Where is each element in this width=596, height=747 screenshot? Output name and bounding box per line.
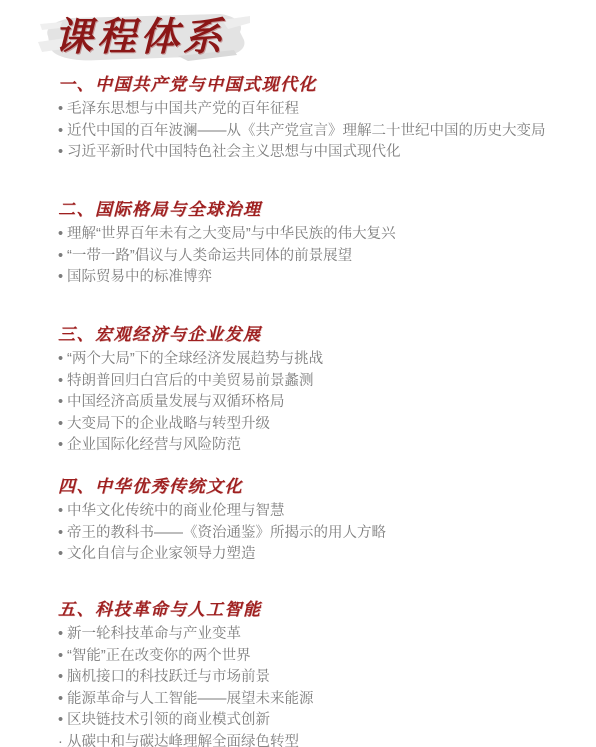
bullet-icon: •	[58, 349, 67, 371]
course-title-text: 能源革命与人工智能——展望未来能源	[67, 691, 314, 707]
course-title-text: “智能”正在改变你的两个世界	[67, 648, 251, 664]
section-heading: 五、科技革命与人工智能	[58, 599, 566, 621]
course-title-text: 文化自信与企业家领导力塑造	[67, 546, 256, 562]
bullet-icon: •	[58, 710, 67, 732]
list-item: •区块链技术引领的商业模式创新	[58, 710, 566, 732]
course-list: •中华文化传统中的商业伦理与智慧 •帝王的教科书——《资治通鉴》所揭示的用人方略…	[58, 501, 566, 566]
bullet-icon: •	[58, 624, 67, 646]
course-system-page: 课程体系 一、中国共产党与中国式现代化 •毛泽东思想与中国共产党的百年征程 •近…	[0, 0, 596, 747]
course-title-text: 近代中国的百年波澜——从《共产党宣言》理解二十世纪中国的历史大变局	[67, 123, 546, 139]
section-macro-economy: 三、宏观经济与企业发展 •“两个大局”下的全球经济发展趋势与挑战 •特朗普回归白…	[58, 324, 566, 457]
section-heading: 四、中华优秀传统文化	[58, 476, 566, 498]
page-title-block: 课程体系	[38, 4, 250, 64]
list-item: •“一带一路”倡议与人类命运共同体的前景展望	[58, 246, 566, 268]
section-heading: 一、中国共产党与中国式现代化	[58, 74, 566, 96]
list-item: •新一轮科技革命与产业变革	[58, 624, 566, 646]
course-title-text: 毛泽东思想与中国共产党的百年征程	[67, 101, 299, 117]
course-title-text: 国际贸易中的标准博弈	[67, 269, 212, 285]
list-item: •“两个大局”下的全球经济发展趋势与挑战	[58, 349, 566, 371]
course-list: •理解“世界百年未有之大变局”与中华民族的伟大复兴 •“一带一路”倡议与人类命运…	[58, 224, 566, 289]
course-title-text: 帝王的教科书——《资治通鉴》所揭示的用人方略	[67, 525, 386, 541]
list-item: •近代中国的百年波澜——从《共产党宣言》理解二十世纪中国的历史大变局	[58, 121, 566, 143]
list-item: •脑机接口的科技跃迁与市场前景	[58, 667, 566, 689]
bullet-icon: •	[58, 246, 67, 268]
course-list: •新一轮科技革命与产业变革 •“智能”正在改变你的两个世界 •脑机接口的科技跃迁…	[58, 624, 566, 747]
bullet-icon: •	[58, 267, 67, 289]
bullet-icon: ·	[58, 732, 67, 747]
list-item: •理解“世界百年未有之大变局”与中华民族的伟大复兴	[58, 224, 566, 246]
bullet-icon: •	[58, 121, 67, 143]
course-list: •毛泽东思想与中国共产党的百年征程 •近代中国的百年波澜——从《共产党宣言》理解…	[58, 99, 566, 164]
list-item: •国际贸易中的标准博弈	[58, 267, 566, 289]
bullet-icon: •	[58, 501, 67, 523]
list-item: •能源革命与人工智能——展望未来能源	[58, 689, 566, 711]
bullet-icon: •	[58, 371, 67, 393]
course-title-text: 从碳中和与碳达峰理解全面绿色转型	[67, 734, 299, 747]
bullet-icon: •	[58, 414, 67, 436]
list-item: •文化自信与企业家领导力塑造	[58, 544, 566, 566]
course-title-text: 企业国际化经营与风险防范	[67, 437, 241, 453]
course-title-text: 脑机接口的科技跃迁与市场前景	[67, 669, 270, 685]
bullet-icon: •	[58, 667, 67, 689]
bullet-icon: •	[58, 689, 67, 711]
course-title-text: 中华文化传统中的商业伦理与智慧	[67, 503, 285, 519]
course-title-text: 中国经济高质量发展与双循环格局	[67, 394, 285, 410]
bullet-icon: •	[58, 646, 67, 668]
course-title-text: “两个大局”下的全球经济发展趋势与挑战	[67, 351, 323, 367]
page-title: 课程体系	[54, 6, 226, 62]
list-item: ·从碳中和与碳达峰理解全面绿色转型	[58, 732, 566, 747]
list-item: •企业国际化经营与风险防范	[58, 435, 566, 457]
section-party-modernization: 一、中国共产党与中国式现代化 •毛泽东思想与中国共产党的百年征程 •近代中国的百…	[58, 74, 566, 164]
list-item: •中国经济高质量发展与双循环格局	[58, 392, 566, 414]
list-item: •帝王的教科书——《资治通鉴》所揭示的用人方略	[58, 523, 566, 545]
section-tech-ai: 五、科技革命与人工智能 •新一轮科技革命与产业变革 •“智能”正在改变你的两个世…	[58, 599, 566, 747]
bullet-icon: •	[58, 435, 67, 457]
list-item: •大变局下的企业战略与转型升级	[58, 414, 566, 436]
list-item: •“智能”正在改变你的两个世界	[58, 646, 566, 668]
section-heading: 三、宏观经济与企业发展	[58, 324, 566, 346]
list-item: •毛泽东思想与中国共产党的百年征程	[58, 99, 566, 121]
course-title-text: 特朗普回归白宫后的中美贸易前景蠡测	[67, 373, 314, 389]
section-traditional-culture: 四、中华优秀传统文化 •中华文化传统中的商业伦理与智慧 •帝王的教科书——《资治…	[58, 476, 566, 566]
list-item: •特朗普回归白宫后的中美贸易前景蠡测	[58, 371, 566, 393]
bullet-icon: •	[58, 544, 67, 566]
course-title-text: 习近平新时代中国特色社会主义思想与中国式现代化	[67, 144, 401, 160]
course-title-text: “一带一路”倡议与人类命运共同体的前景展望	[67, 248, 352, 264]
course-title-text: 新一轮科技革命与产业变革	[67, 626, 241, 642]
section-global-governance: 二、国际格局与全球治理 •理解“世界百年未有之大变局”与中华民族的伟大复兴 •“…	[58, 199, 566, 289]
course-title-text: 理解“世界百年未有之大变局”与中华民族的伟大复兴	[67, 226, 396, 242]
bullet-icon: •	[58, 523, 67, 545]
course-title-text: 区块链技术引领的商业模式创新	[67, 712, 270, 728]
course-title-text: 大变局下的企业战略与转型升级	[67, 416, 270, 432]
bullet-icon: •	[58, 99, 67, 121]
section-heading: 二、国际格局与全球治理	[58, 199, 566, 221]
bullet-icon: •	[58, 224, 67, 246]
list-item: •习近平新时代中国特色社会主义思想与中国式现代化	[58, 142, 566, 164]
bullet-icon: •	[58, 392, 67, 414]
bullet-icon: •	[58, 142, 67, 164]
course-list: •“两个大局”下的全球经济发展趋势与挑战 •特朗普回归白宫后的中美贸易前景蠡测 …	[58, 349, 566, 457]
list-item: •中华文化传统中的商业伦理与智慧	[58, 501, 566, 523]
